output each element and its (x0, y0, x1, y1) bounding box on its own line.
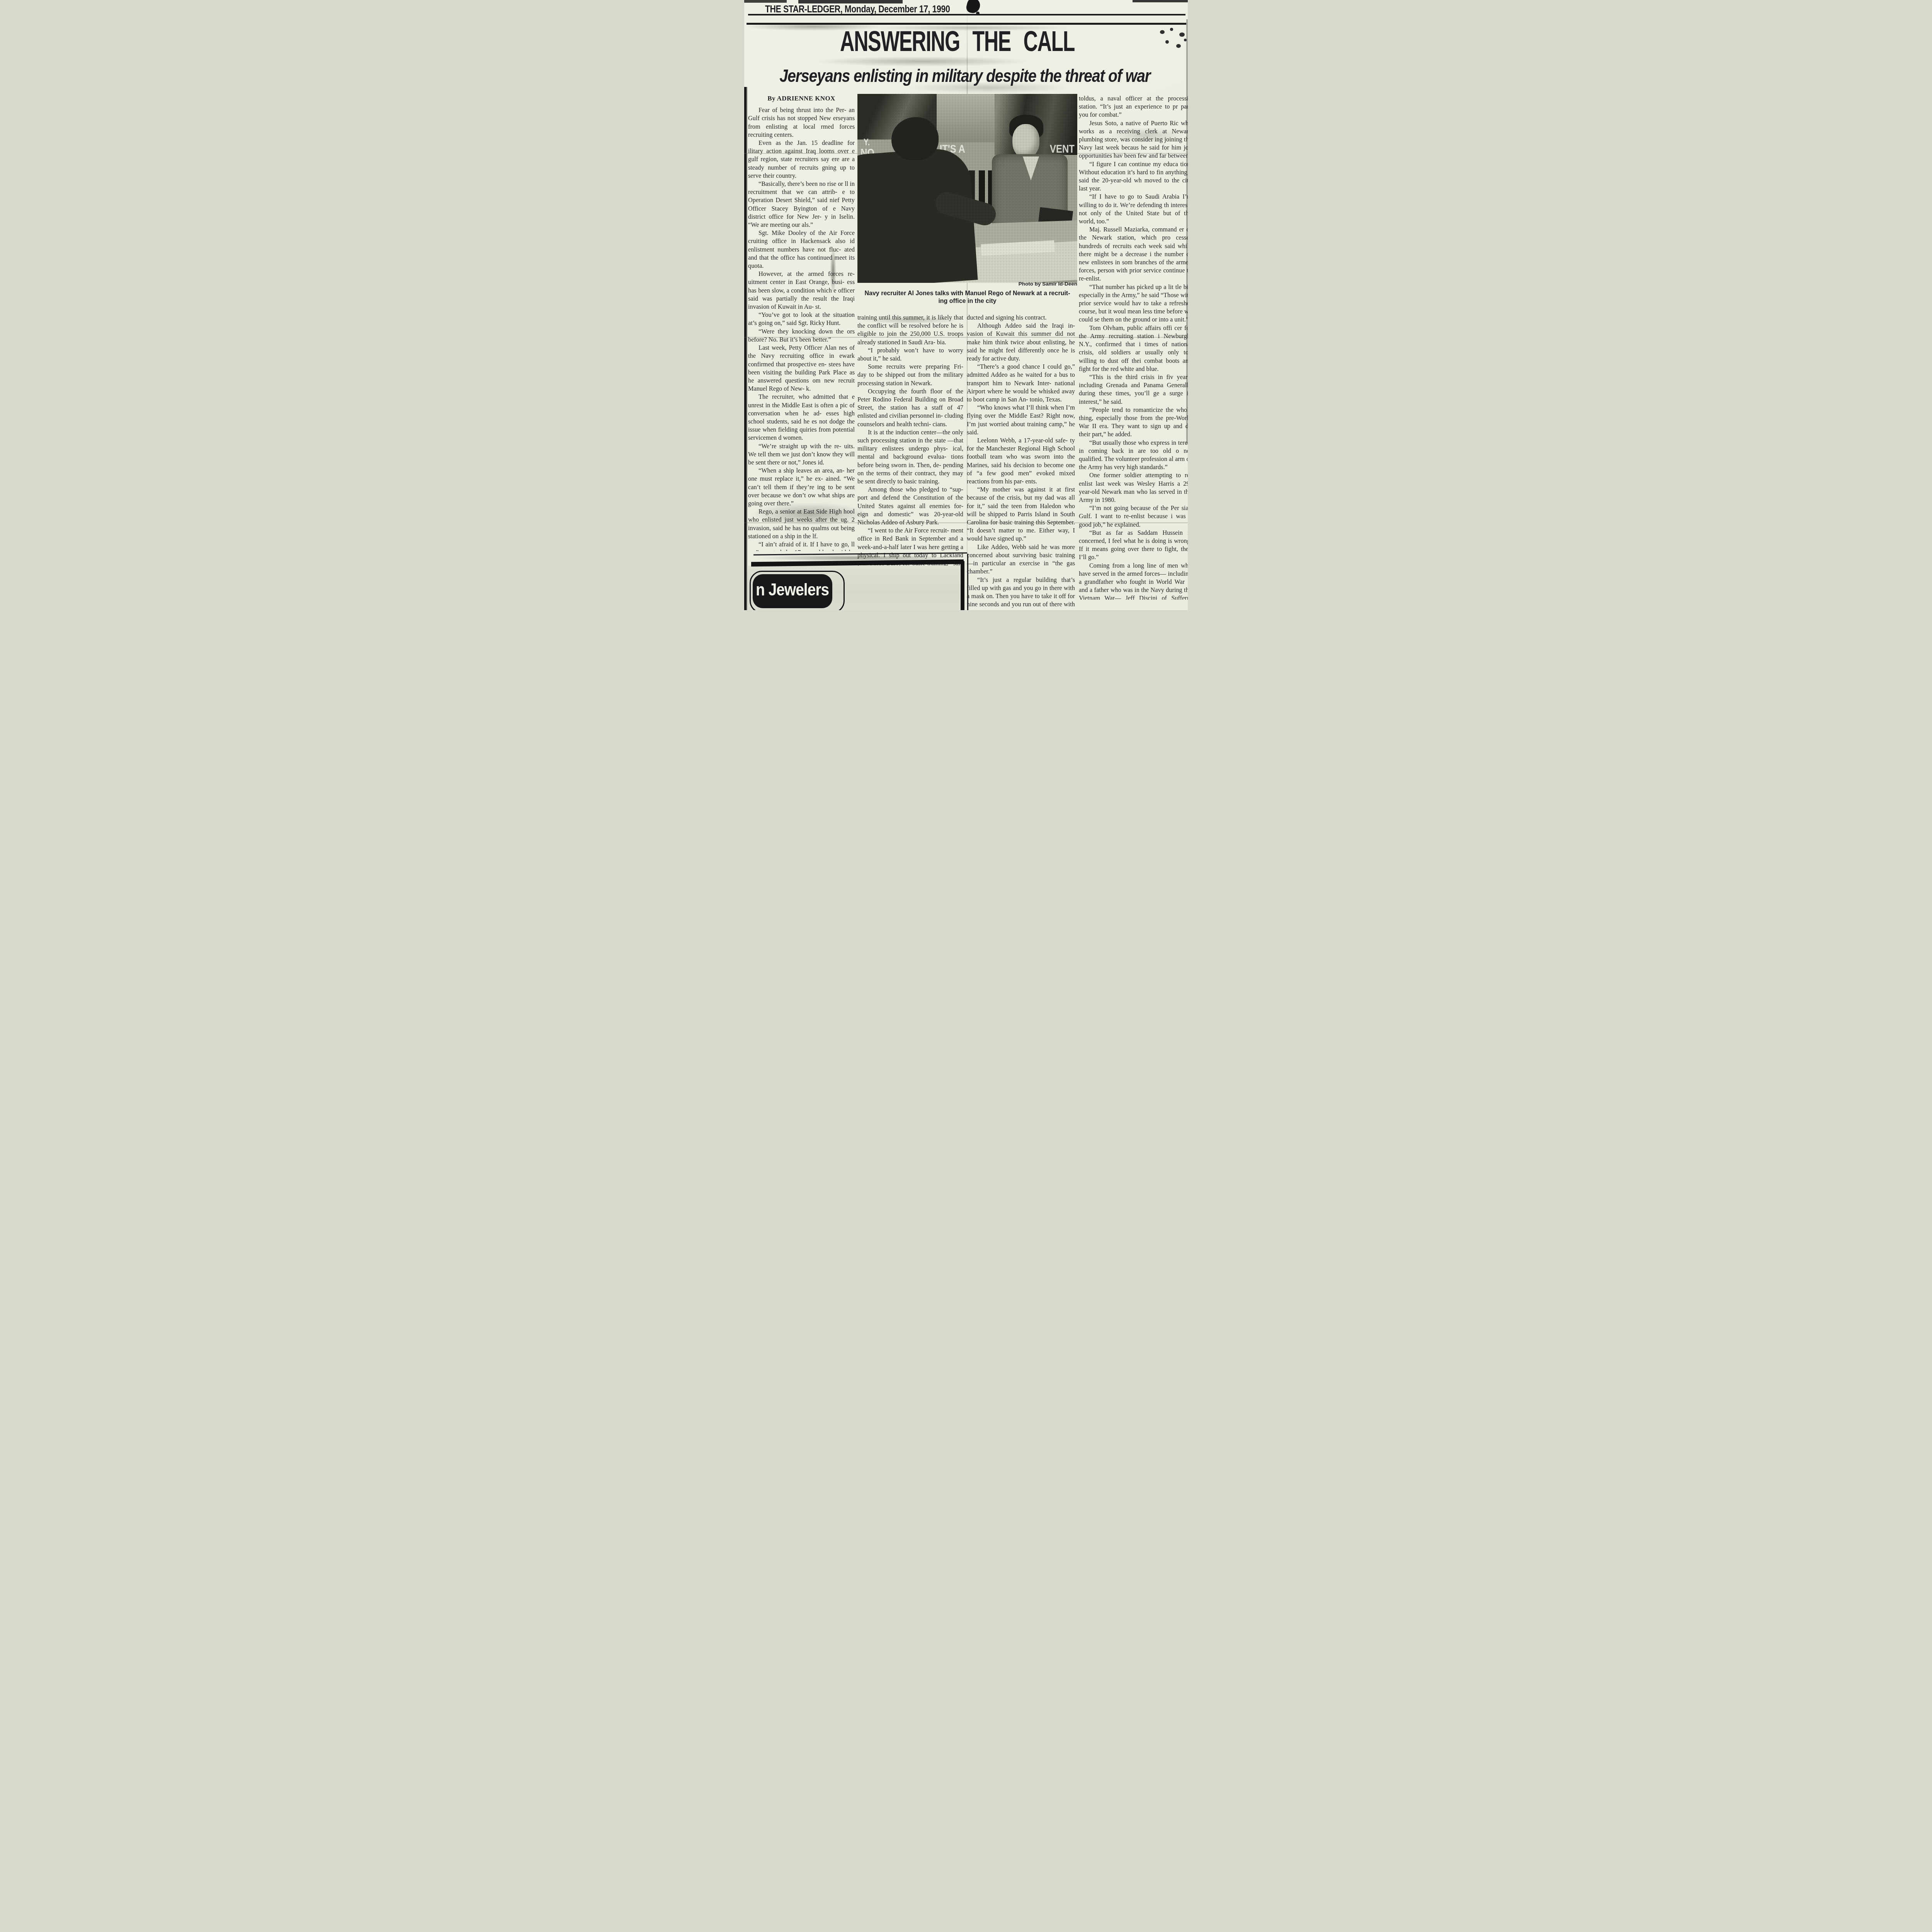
paragraph: However, at the armed forces re- uitment… (748, 270, 855, 311)
paragraph: “My mother was against it at first becau… (967, 485, 1075, 543)
paragraph: Coming from a long line of men who have … (1079, 561, 1188, 600)
byline: By ADRIENNE KNOX (748, 94, 855, 102)
paragraph: Among those who pledged to “sup- port an… (857, 485, 963, 526)
headline: ANSWERING THE CALL (840, 29, 1075, 54)
jewelers-ad-label: n Jewelers (756, 580, 829, 600)
paragraph: “There’s a good chance I could go,” admi… (967, 362, 1075, 403)
column-3: ducted and signing his contract.Although… (967, 313, 1075, 608)
paragraph: Some recruits were preparing Fri- day to… (857, 362, 963, 387)
column-2: training until this summer, it is likely… (857, 313, 963, 569)
paragraph: It is at the induction center—the only s… (857, 428, 963, 485)
column-4-text: toldus, a naval officer at the processin… (1079, 94, 1188, 600)
paragraph: toldus, a naval officer at the processin… (1079, 94, 1188, 119)
paragraph: Even as the Jan. 15 deadline for ilitary… (748, 139, 855, 180)
scan-edge-left (744, 87, 748, 610)
paragraph: Maj. Russell Maziarka, command er of the… (1079, 225, 1188, 282)
column-4: toldus, a naval officer at the processin… (1079, 94, 1188, 600)
masthead-rule (748, 14, 1185, 15)
column-1: By ADRIENNE KNOX Fear of being thrust in… (748, 94, 855, 551)
jewelers-ad-logo: n Jewelers (753, 574, 832, 608)
paragraph: “People tend to romanticize the whole th… (1079, 406, 1188, 439)
paragraph: Last week, Petty Officer Alan nes of the… (748, 344, 855, 393)
ad-border-thin-vertical (967, 554, 968, 610)
subheadline: Jerseyans enlisting in military despite … (779, 65, 1150, 86)
paragraph: Sgt. Mike Dooley of the Air Force cruiti… (748, 229, 855, 270)
paragraph: One former soldier attempting to re-enli… (1079, 471, 1188, 504)
paragraph: training until this summer, it is likely… (857, 313, 963, 346)
newspaper-scan-page: THE STAR-LEDGER, Monday, December 17, 19… (744, 0, 1188, 610)
paragraph: Although Addeo said the Iraqi in- vasion… (967, 321, 1075, 362)
paragraph: The recruiter, who admitted that e unres… (748, 393, 855, 442)
paragraph: “When a ship leaves an area, an- her one… (748, 466, 855, 507)
column-1-text: Fear of being thrust into the Per- an Gu… (748, 106, 855, 551)
paragraph: Leelonn Webb, a 17-year-old safe- ty for… (967, 436, 1075, 485)
paragraph: “It’s just a regular building that’s fil… (967, 576, 1075, 608)
paragraph: Like Addeo, Webb said he was more concer… (967, 543, 1075, 576)
masthead-rule (747, 23, 1186, 25)
paragraph: “That number has picked up a lit tle bit… (1079, 283, 1188, 324)
paragraph: “If I have to go to Saudi Arabia I’m wil… (1079, 192, 1188, 225)
paragraph: Jesus Soto, a native of Puerto Ric who w… (1079, 119, 1188, 160)
paragraph: “This is the third crisis in fiv years, … (1079, 373, 1188, 406)
halftone-overlay (857, 94, 1077, 283)
column-3-text: ducted and signing his contract.Although… (967, 313, 1075, 608)
photo-caption: Navy recruiter Al Jones talks with Manue… (857, 290, 1077, 305)
paragraph: “Were they knocking down the ors before?… (748, 327, 855, 344)
paragraph: “I probably won’t have to worry about it… (857, 346, 963, 362)
paragraph: “Who knows what I’ll think when I’m flyi… (967, 403, 1075, 436)
paragraph: “You’ve got to look at the situation at’… (748, 311, 855, 327)
scan-edge-top (1133, 0, 1188, 2)
paragraph: “I figure I can continue my educa tion. … (1079, 160, 1188, 193)
article-photo: Y. NO JOB. IT'S A VENT (857, 94, 1077, 283)
paragraph: ducted and signing his contract. (967, 313, 1075, 321)
paragraph: Tom Olvham, public affairs offi cer for … (1079, 324, 1188, 373)
scan-edge-top (744, 0, 787, 3)
photo-credit: Photo by Samir Id-Deen (961, 281, 1077, 287)
paragraph: “We’re straight up with the re- uits. We… (748, 442, 855, 467)
paragraph: “Basically, there’s been no rise or ll i… (748, 180, 855, 229)
column-2-text: training until this summer, it is likely… (857, 313, 963, 569)
masthead: THE STAR-LEDGER, Monday, December 17, 19… (765, 3, 950, 15)
paragraph: “But as far as Saddam Hussein is concern… (1079, 529, 1188, 561)
paragraph: Rego, a senior at East Side High hool wh… (748, 507, 855, 540)
paragraph: Fear of being thrust into the Per- an Gu… (748, 106, 855, 139)
paragraph: “I’m not going because of the Per sian G… (1079, 504, 1188, 529)
paragraph: Occupying the fourth floor of the Peter … (857, 387, 963, 428)
paragraph: “But usually those who express in terest… (1079, 439, 1188, 471)
paragraph: “I ain’t afraid of it. If I have to go, … (748, 540, 855, 551)
ad-border-thick-vertical (961, 561, 964, 610)
